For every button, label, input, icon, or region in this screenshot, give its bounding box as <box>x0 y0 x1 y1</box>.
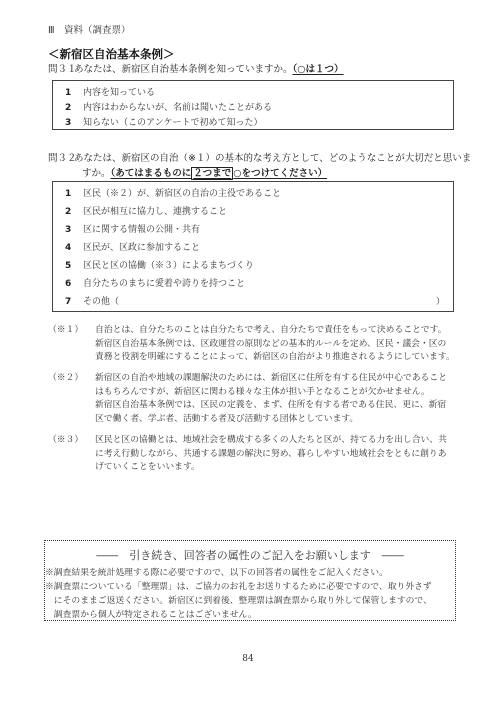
question-32-line2: すか。（あてはまるものに２つまで○をつけてください） <box>82 165 327 179</box>
other-close-paren: ） <box>436 294 445 307</box>
note-mark: （※１） <box>48 324 83 338</box>
page-heading: ＜新宿区自治基本条例＞ <box>48 46 175 62</box>
page-number: 84 <box>0 654 496 664</box>
q32-option-2[interactable]: 2区民が相互に協力し、連携すること <box>65 204 227 217</box>
q31-option-1[interactable]: 1内容を知っている <box>65 85 155 98</box>
note-1: （※１） 自治とは、自分たちのことは自分たちで考え、自分たちで責任をもって決める… <box>48 324 468 365</box>
q31-option-2[interactable]: 2内容はわからないが、名前は聞いたことがある <box>65 100 272 113</box>
section-label: Ⅲ 資料（調査票） <box>48 22 131 36</box>
question-number: 問３２ <box>48 150 74 164</box>
question-instruction: （○は１つ） <box>293 64 344 75</box>
note-2: （※２） 新宿区の自治や地域の課題解決のためには、新宿区に住所を有する住民が中心… <box>48 372 468 426</box>
note-mark: （※３） <box>48 434 83 448</box>
max-selections-badge: ２つまで <box>191 167 233 180</box>
q32-option-1[interactable]: 1区民（※２）が、新宿区の自治の主役であること <box>65 186 281 199</box>
note-3: （※３） 区民と区の協働とは、地域社会を構成する多くの人たちと区が、持てる力を出… <box>48 434 468 475</box>
q31-options-box: 1内容を知っている 2内容はわからないが、名前は聞いたことがある 3知らない（こ… <box>52 80 454 130</box>
attributes-notice-box: ―― 引き続き、回答者の属性のご記入をお願いします ―― ※調査結果を統計処理す… <box>44 540 456 621</box>
question-text-line1: あなたは、新宿区の自治（※１）の基本的な考え方として、どのようなことが大切だと思… <box>74 153 471 164</box>
q32-option-3[interactable]: 3区に関する情報の公開・共有 <box>65 222 200 235</box>
attributes-banner: ―― 引き続き、回答者の属性のご記入をお願いします ―― <box>45 547 455 563</box>
attributes-info: ※調査結果を統計処理する際に必要ですので、以下の回答者の属性をご記入ください。 … <box>45 566 457 622</box>
note-mark: （※２） <box>48 372 83 386</box>
q32-option-6[interactable]: 6自分たちのまちに愛着や誇りを持つこと <box>65 276 245 289</box>
question-number: 問３１ <box>48 61 74 75</box>
q32-option-4[interactable]: 4区民が、区政に参加すること <box>65 240 200 253</box>
q32-option-5[interactable]: 5区民と区の協働（※３）によるまちづくり <box>65 258 254 271</box>
q31-option-3[interactable]: 3知らない（このアンケートで初めて知った） <box>65 115 262 128</box>
question-31: 問３１あなたは、新宿区自治基本条例を知っていますか。（○は１つ） <box>48 61 344 75</box>
q32-option-7-other[interactable]: 7その他（ <box>65 294 119 307</box>
question-text: あなたは、新宿区自治基本条例を知っていますか。 <box>74 64 293 75</box>
q32-options-box: 1区民（※２）が、新宿区の自治の主役であること 2区民が相互に協力し、連携するこ… <box>52 181 454 312</box>
question-32: 問３２あなたは、新宿区の自治（※１）の基本的な考え方として、どのようなことが大切… <box>48 150 471 164</box>
